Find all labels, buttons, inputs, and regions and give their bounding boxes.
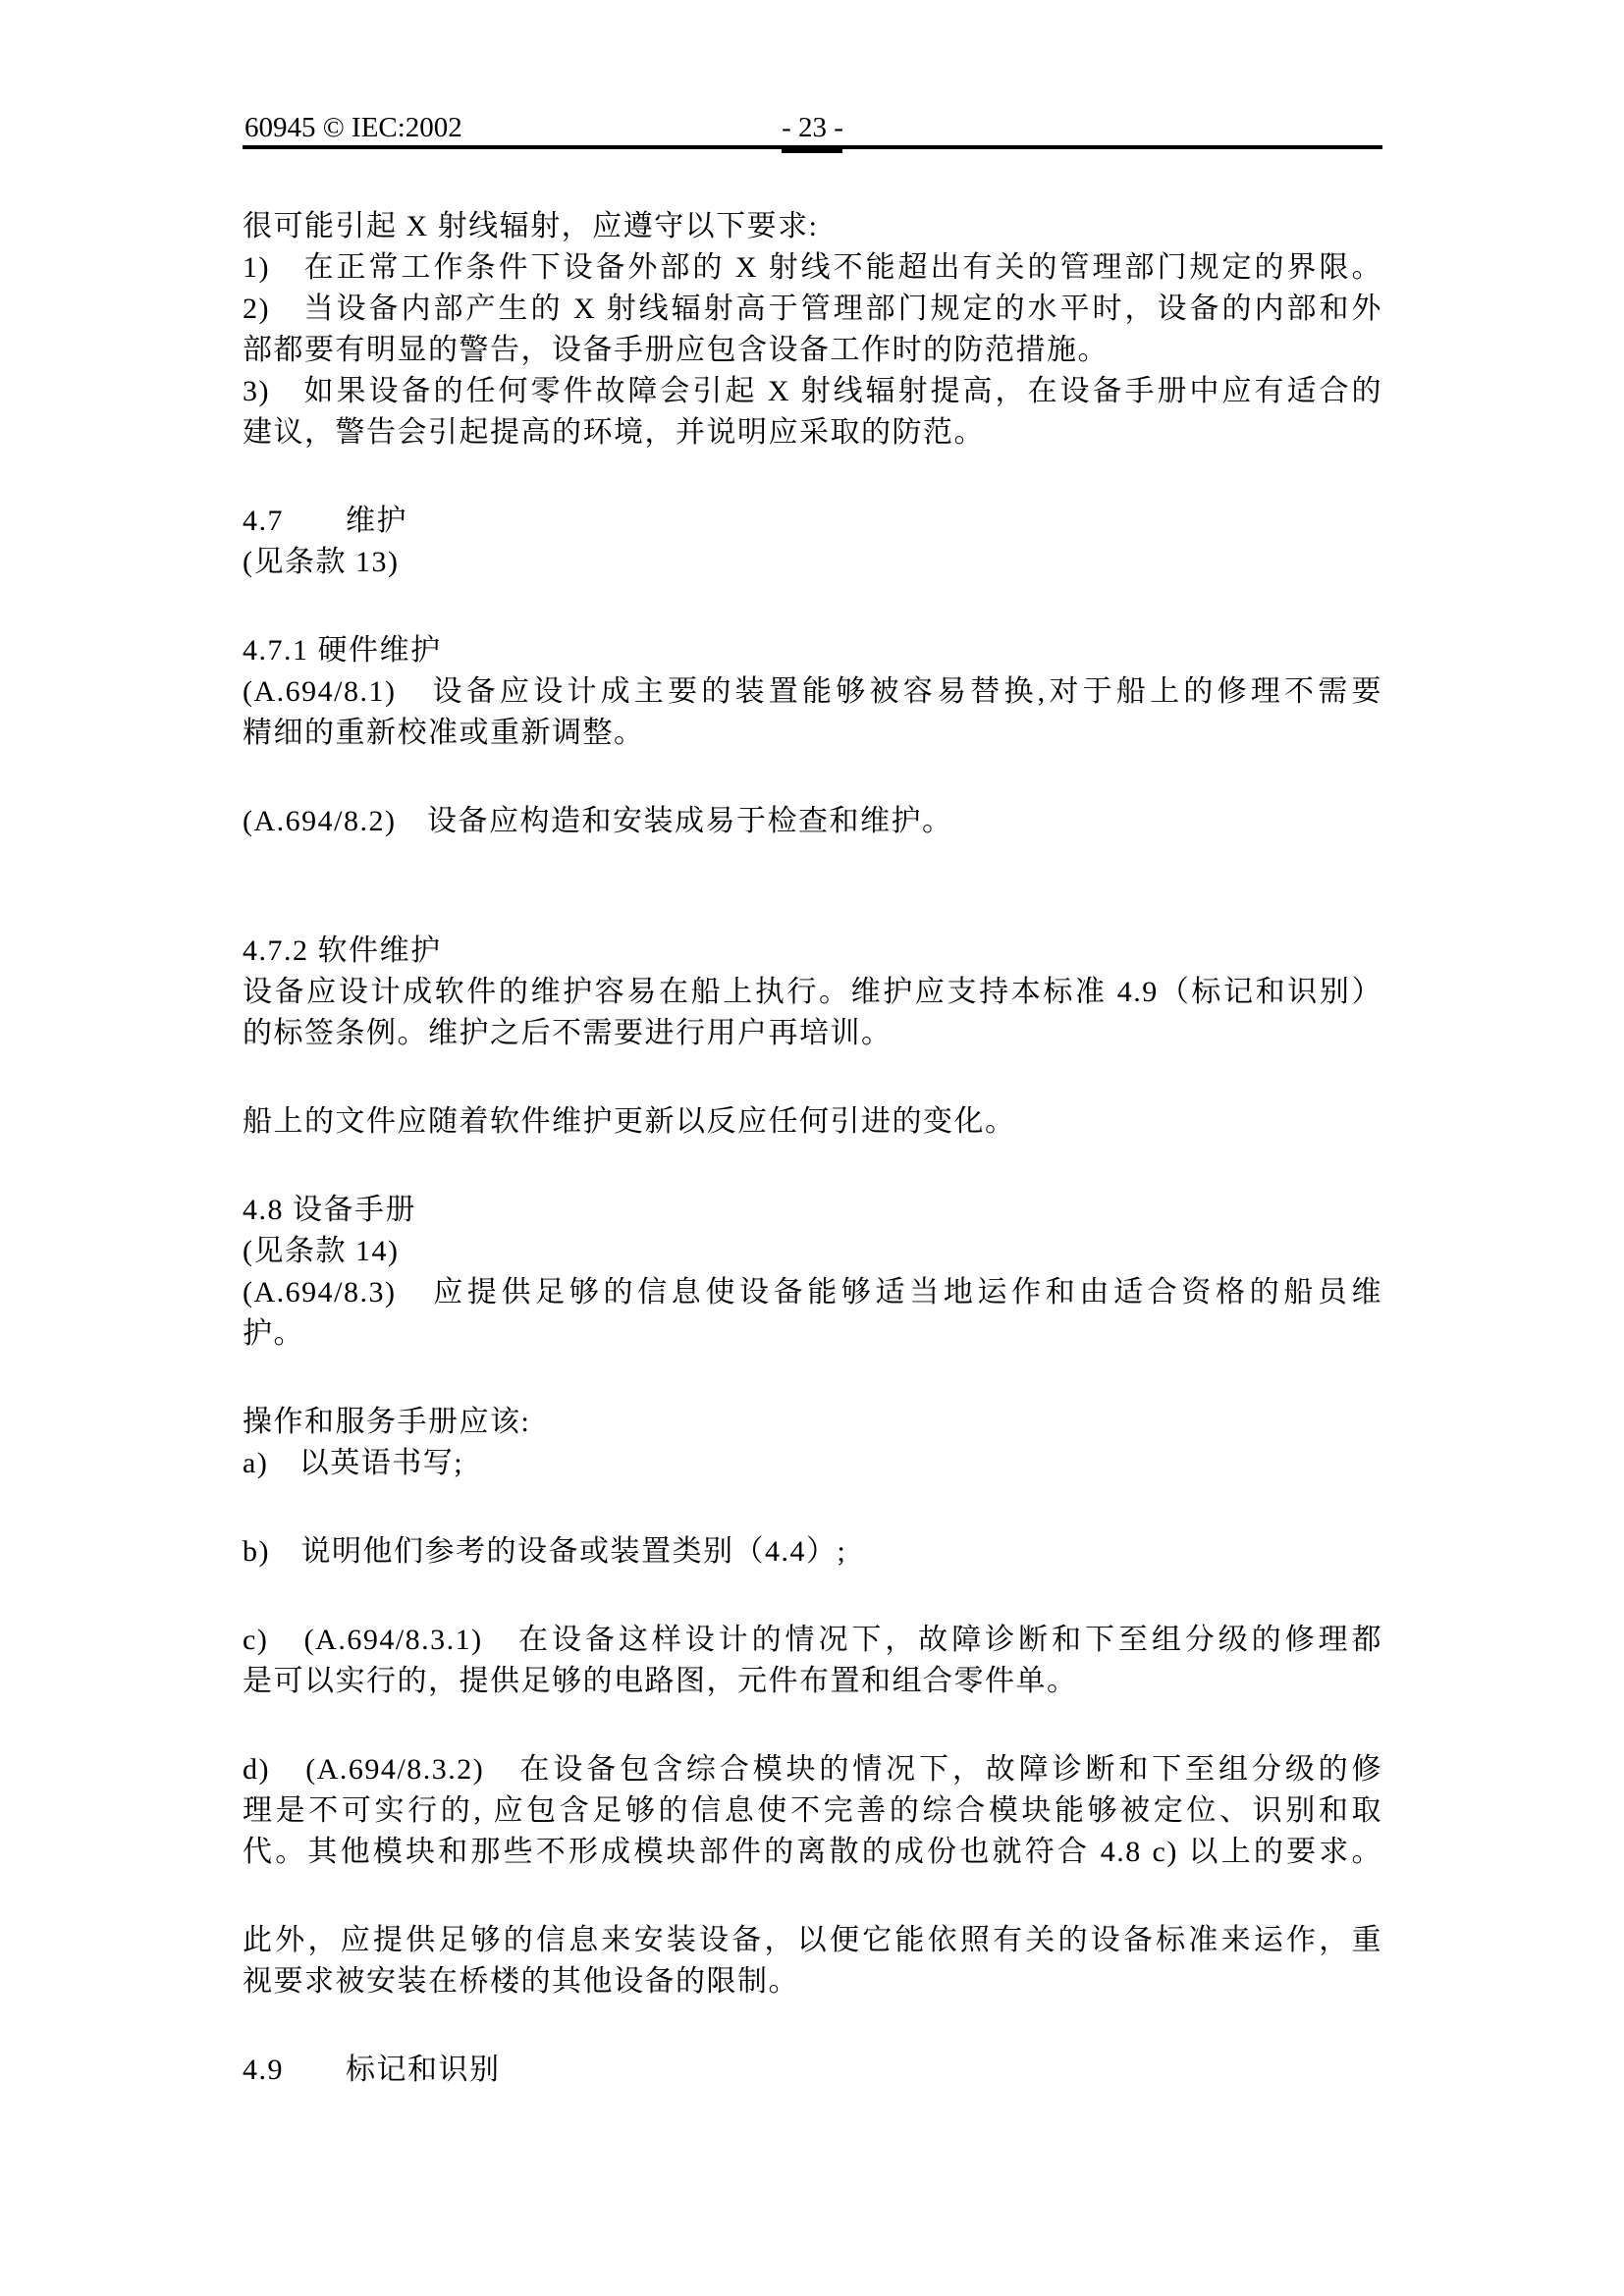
software-maint-line-2: 的标签条例。维护之后不需要进行用户再培训。 (243, 1013, 1382, 1054)
page-number-underline (782, 145, 842, 153)
install-info-line-2: 视要求被安装在桥楼的其他设备的限制。 (243, 1961, 1382, 2002)
see-clause-13: (见条款 13) (243, 542, 1382, 583)
heading-4-9: 4.9 标记和识别 (243, 2050, 1382, 2091)
manuals-should-line: 操作和服务手册应该: (243, 1402, 1382, 1443)
heading-4-7: 4.7 维护 (243, 501, 1382, 542)
clause-a694-8-2-line: (A.694/8.2) 设备应构造和安装成易于检查和维护。 (243, 801, 1382, 842)
manual-item-d-line-3: 代。其他模块和那些不形成模块部件的离散的成份也就符合 4.8 c) 以上的要求。 (243, 1832, 1382, 1873)
see-clause-14: (见条款 14) (243, 1231, 1382, 1272)
manual-item-a: a) 以英语书写; (243, 1443, 1382, 1484)
heading-4-7-2: 4.7.2 软件维护 (243, 931, 1382, 972)
page-number: - 23 - (243, 110, 1382, 145)
manual-item-c-line-1: c) (A.694/8.3.1) 在设备这样设计的情况下，故障诊断和下至组分级的… (243, 1620, 1382, 1661)
xray-item-2-line-1: 2) 当设备内部产生的 X 射线辐射高于管理部门规定的水平时，设备的内部和外 (243, 289, 1382, 330)
clause-a694-8-1-line-2: 精细的重新校准或重新调整。 (243, 713, 1382, 754)
onboard-docs-line: 船上的文件应随着软件维护更新以反应任何引进的变化。 (243, 1101, 1382, 1143)
manual-item-d-line-1: d) (A.694/8.3.2) 在设备包含综合模块的情况下，故障诊断和下至组分… (243, 1749, 1382, 1790)
xray-item-1: 1) 在正常工作条件下设备外部的 X 射线不能超出有关的管理部门规定的界限。 (243, 247, 1382, 289)
manual-item-c-line-2: 是可以实行的，提供足够的电路图，元件布置和组合零件单。 (243, 1661, 1382, 1702)
heading-4-7-1: 4.7.1 硬件维护 (243, 630, 1382, 671)
clause-a694-8-1-line-1: (A.694/8.1) 设备应设计成主要的装置能够被容易替换,对于船上的修理不需… (243, 671, 1382, 713)
xray-item-2-line-2: 部都要有明显的警告，设备手册应包含设备工作时的防范措施。 (243, 330, 1382, 371)
xray-item-3-line-1: 3) 如果设备的任何零件故障会引起 X 射线辐射提高，在设备手册中应有适合的 (243, 371, 1382, 412)
install-info-line-1: 此外，应提供足够的信息来安装设备，以便它能依照有关的设备标准来运作，重 (243, 1920, 1382, 1961)
clause-a694-8-3-line-1: (A.694/8.3) 应提供足够的信息使设备能够适当地运作和由适合资格的船员维 (243, 1272, 1382, 1313)
body-text: 很可能引起 X 射线辐射，应遵守以下要求: 1) 在正常工作条件下设备外部的 X… (243, 206, 1382, 2091)
heading-4-8: 4.8 设备手册 (243, 1190, 1382, 1231)
page-header: 60945 © IEC:2002 - 23 - (243, 110, 1382, 145)
software-maint-line-1: 设备应设计成软件的维护容易在船上执行。维护应支持本标准 4.9（标记和识别） (243, 972, 1382, 1013)
xray-item-3-line-2: 建议，警告会引起提高的环境，并说明应采取的防范。 (243, 412, 1382, 454)
xray-intro-line: 很可能引起 X 射线辐射，应遵守以下要求: (243, 206, 1382, 247)
manual-item-b: b) 说明他们参考的设备或装置类别（4.4）; (243, 1531, 1382, 1573)
manual-item-d-line-2: 理是不可实行的, 应包含足够的信息使不完善的综合模块能够被定位、识别和取 (243, 1790, 1382, 1832)
document-page: { "header": { "document_ref": "60945 © I… (0, 0, 1624, 2296)
clause-a694-8-3-line-2: 护。 (243, 1313, 1382, 1355)
